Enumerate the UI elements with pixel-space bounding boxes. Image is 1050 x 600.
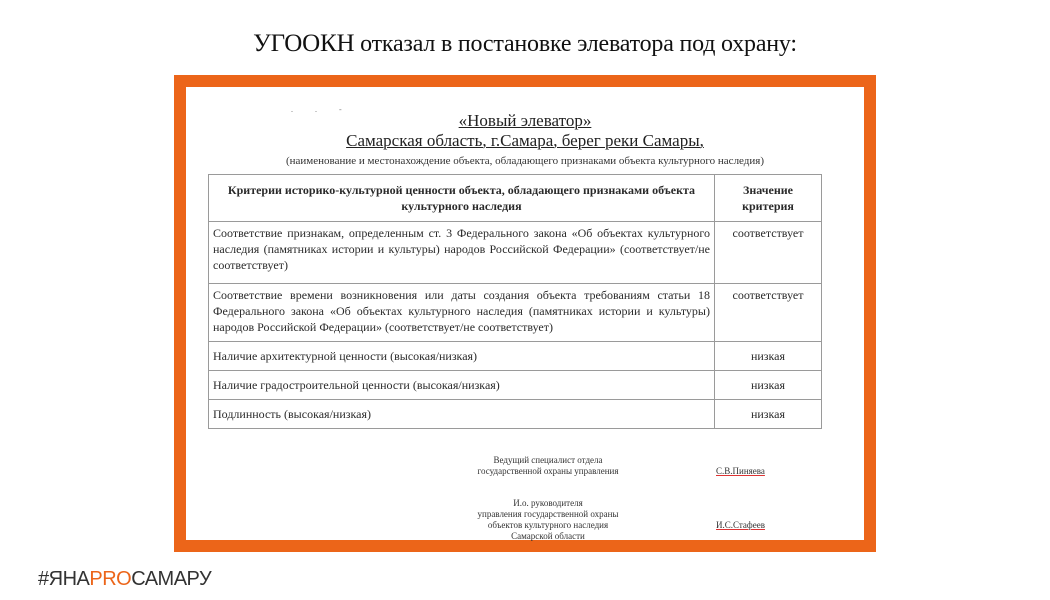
- object-title: «Новый элеватор»: [186, 111, 864, 131]
- document-frame: . . - «Новый элеватор» Самарская область…: [174, 75, 876, 552]
- signatory-position: Ведущий специалист отдела государственно…: [448, 455, 648, 477]
- table-row: Соответствие признакам, определенным ст.…: [209, 222, 822, 284]
- criteria-table: Критерии историко-культурной ценности об…: [208, 174, 822, 429]
- signatory-name: С.В.Пиняева: [716, 466, 765, 476]
- brand-prefix: #ЯНА: [38, 568, 89, 590]
- value-cell: низкая: [715, 371, 822, 400]
- header-criteria: Критерии историко-культурной ценности об…: [209, 175, 715, 222]
- signatory-name: И.С.Стафеев: [716, 520, 765, 530]
- criterion-cell: Подлинность (высокая/низкая): [209, 400, 715, 429]
- table-header-row: Критерии историко-культурной ценности об…: [209, 175, 822, 222]
- table-row: Соответствие времени возникновения или д…: [209, 284, 822, 342]
- criterion-cell: Наличие архитектурной ценности (высокая/…: [209, 342, 715, 371]
- object-location: Самарская область, г.Самара, берег реки …: [186, 131, 864, 151]
- value-cell: низкая: [715, 342, 822, 371]
- value-cell: соответствует: [715, 284, 822, 342]
- object-caption: (наименование и местонахождение объекта,…: [186, 155, 864, 167]
- table-row: Наличие градостроительной ценности (высо…: [209, 371, 822, 400]
- table-row: Подлинность (высокая/низкая) низкая: [209, 400, 822, 429]
- brand-hashtag: #ЯНАPROСАМАРУ: [38, 568, 211, 591]
- criterion-cell: Соответствие признакам, определенным ст.…: [209, 222, 715, 284]
- header-value: Значение критерия: [715, 175, 822, 222]
- headline-text: отказал в постановке элеватора под охран…: [354, 31, 797, 57]
- criterion-cell: Соответствие времени возникновения или д…: [209, 284, 715, 342]
- document-scan: . . - «Новый элеватор» Самарская область…: [186, 87, 864, 540]
- brand-accent: PRO: [89, 568, 131, 590]
- signatory-position: И.о. руководителя управления государстве…: [448, 498, 648, 542]
- brand-suffix: САМАРУ: [131, 568, 211, 590]
- headline-org: УГООКН: [253, 30, 354, 57]
- value-cell: соответствует: [715, 222, 822, 284]
- criterion-cell: Наличие градостроительной ценности (высо…: [209, 371, 715, 400]
- table-row: Наличие архитектурной ценности (высокая/…: [209, 342, 822, 371]
- headline: УГООКН отказал в постановке элеватора по…: [0, 30, 1050, 58]
- value-cell: низкая: [715, 400, 822, 429]
